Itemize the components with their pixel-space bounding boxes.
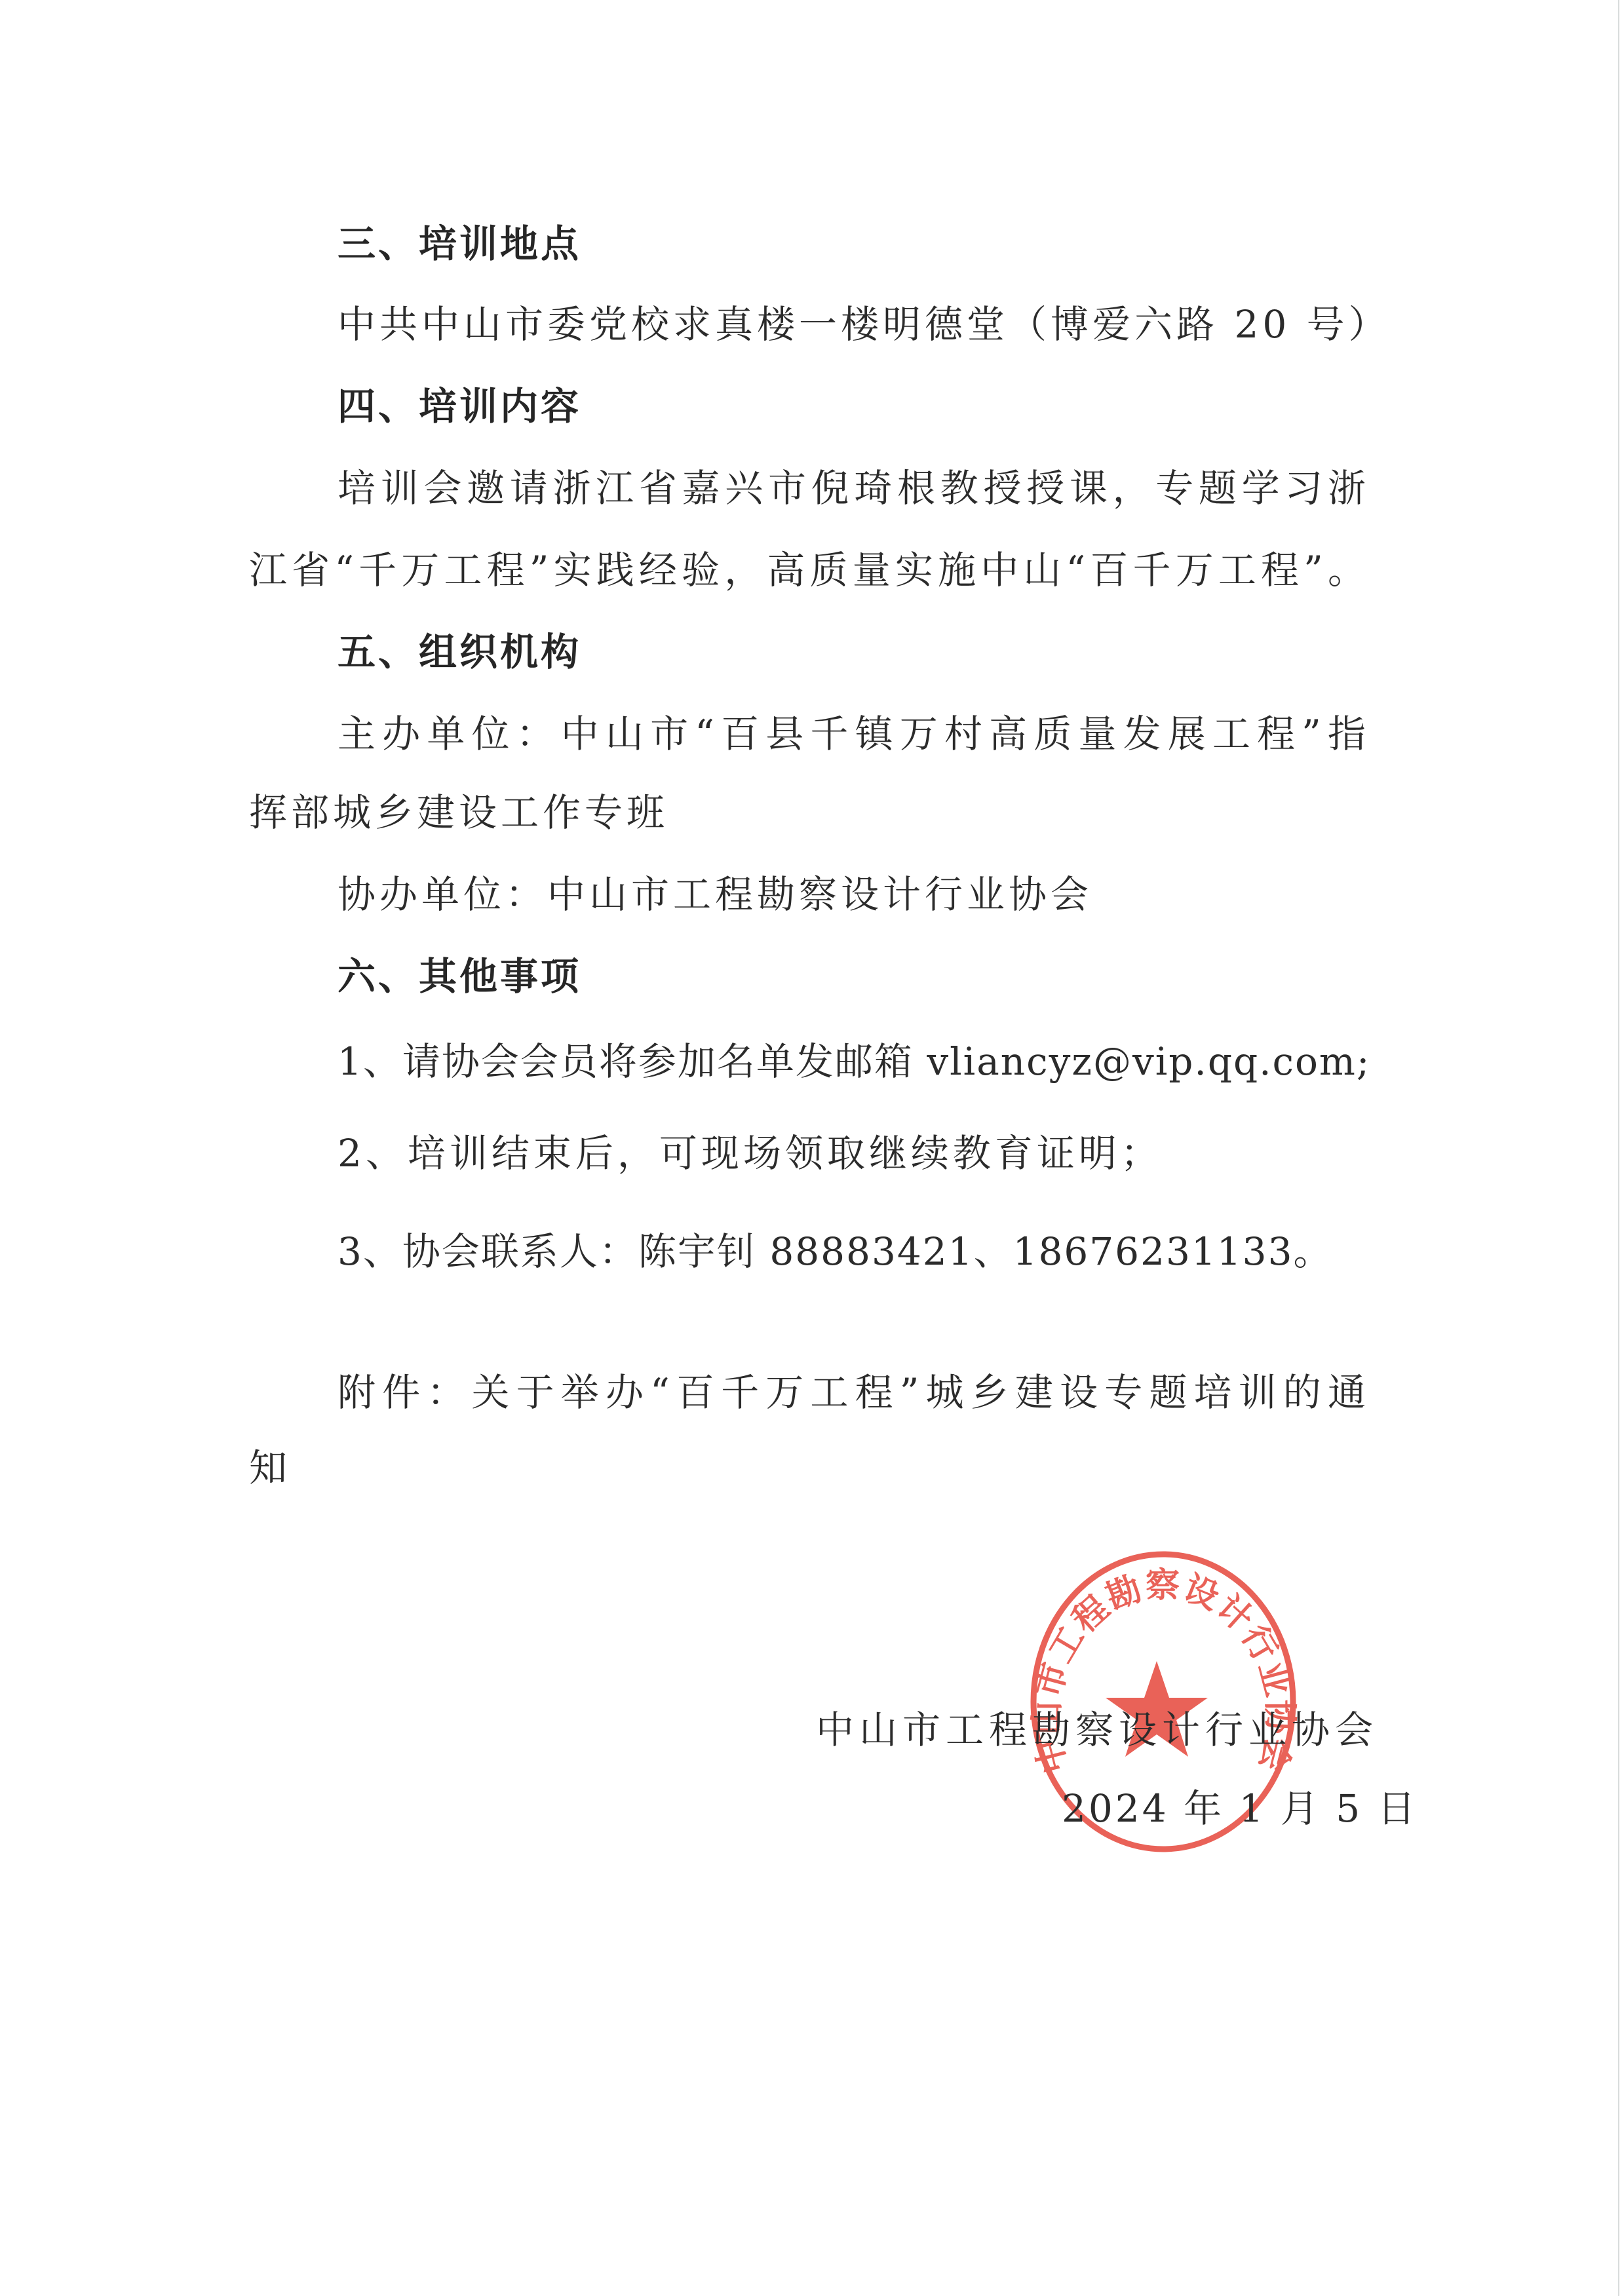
location-text: 中共中山市委党校求真楼一楼明德堂（博爱六路 20 号）	[338, 301, 1391, 347]
other-item-email: 1、请协会会员将参加名单发邮箱 vliancyz@vip.qq.com;	[338, 1039, 1370, 1084]
co-host-unit: 协办单位：中山市工程勘察设计行业协会	[338, 871, 1092, 917]
host-unit-line-2: 挥部城乡建设工作专班	[249, 790, 668, 835]
section-heading-organization: 五、组织机构	[338, 629, 581, 675]
other-item-contact: 3、协会联系人：陈宇钊 88883421、18676231133。	[338, 1229, 1332, 1274]
page-edge-line	[1618, 0, 1619, 2296]
attachment-line-2: 知	[249, 1445, 291, 1491]
content-text-line-1: 培训会邀请浙江省嘉兴市倪琦根教授授课，专题学习浙	[338, 465, 1370, 511]
other-item-certificate: 2、培训结束后，可现场领取继续教育证明；	[338, 1130, 1163, 1176]
signature-organization: 中山市工程勘察设计行业协会	[816, 1707, 1378, 1753]
attachment-line-1: 附件：关于举办“百千万工程”城乡建设专题培训的通	[338, 1369, 1370, 1415]
section-heading-content: 四、培训内容	[338, 383, 581, 429]
section-heading-location: 三、培训地点	[338, 221, 581, 267]
section-heading-other-matters: 六、其他事项	[338, 953, 581, 999]
host-unit-line-1: 主办单位：中山市“百县千镇万村高质量发展工程”指	[338, 711, 1370, 757]
signature-date: 2024 年 1 月 5 日	[1062, 1786, 1418, 1831]
content-text-line-2: 江省“千万工程”实践经验，高质量实施中山“百千万工程”。	[249, 547, 1370, 593]
